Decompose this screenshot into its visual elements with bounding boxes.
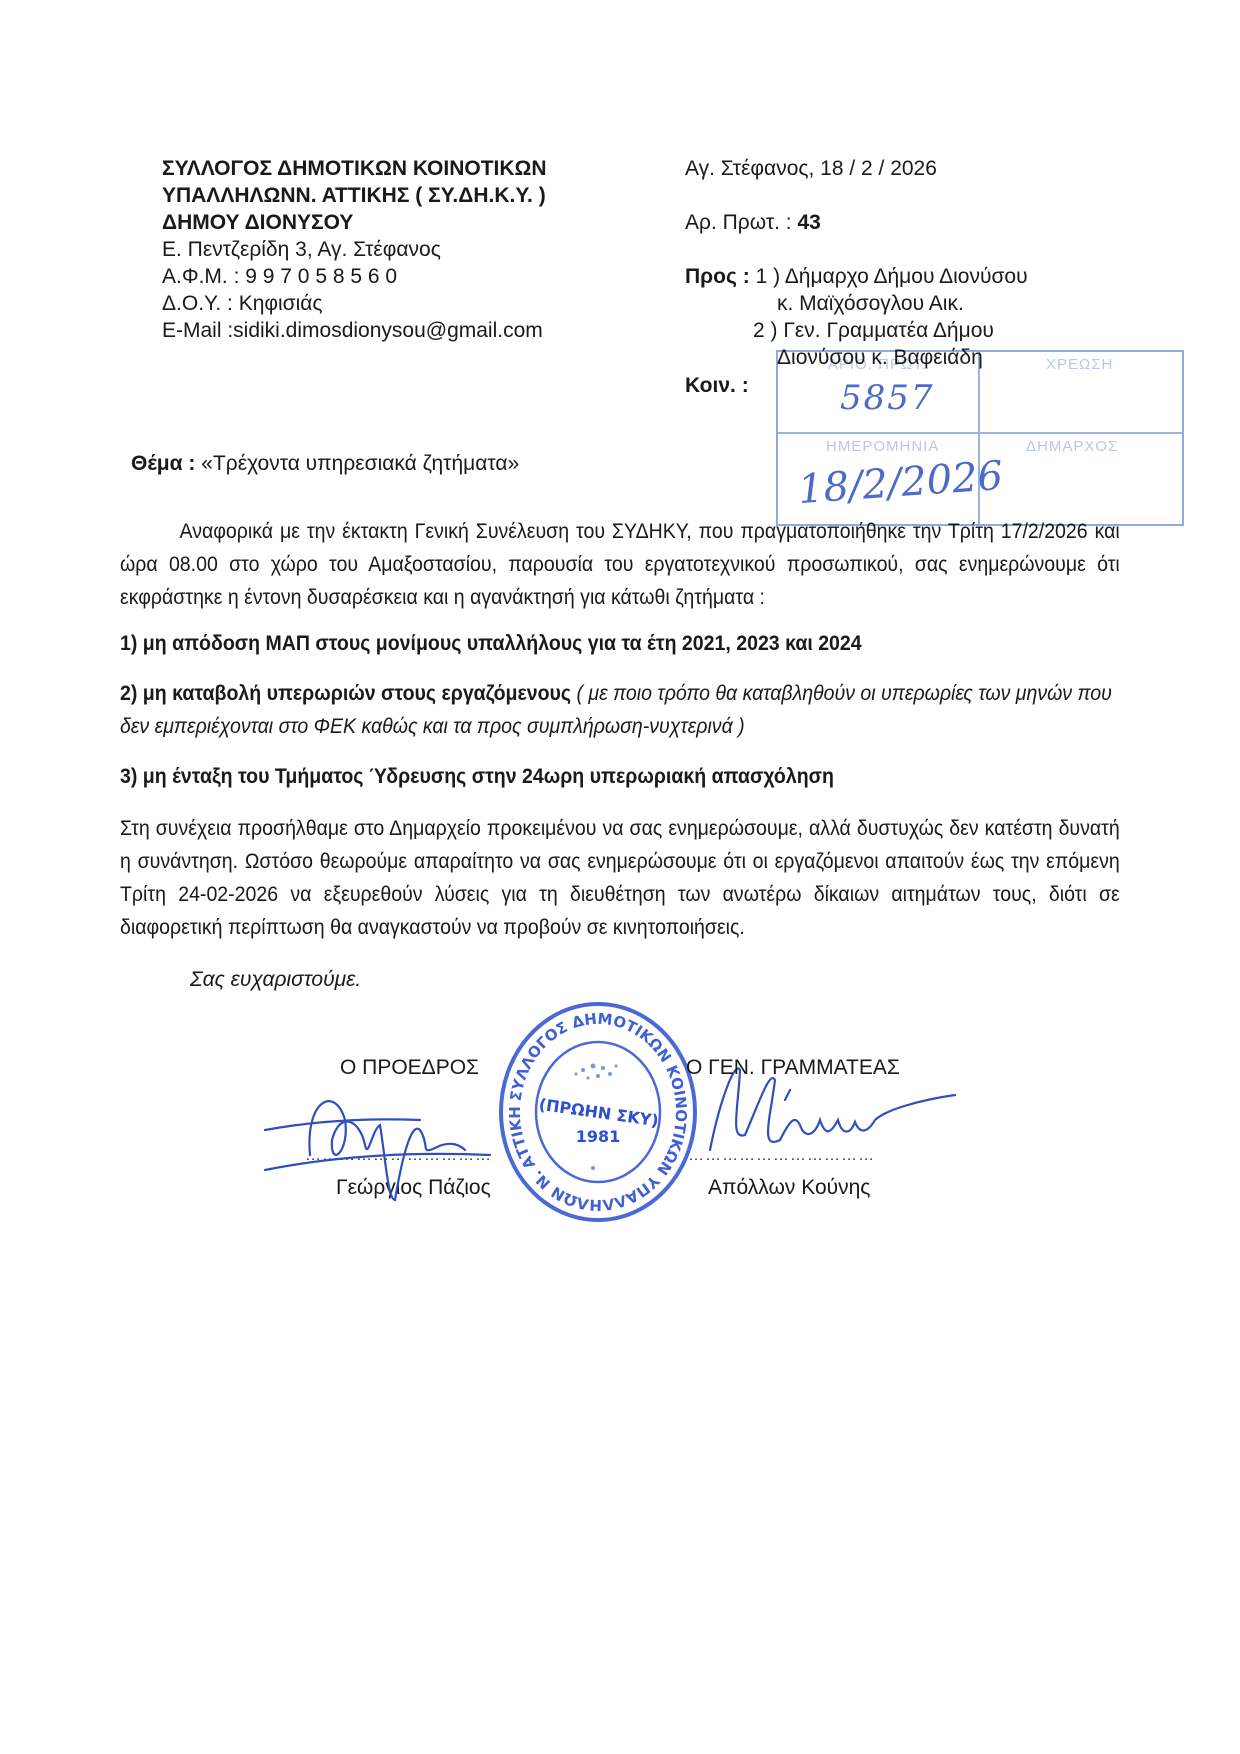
org-name-line1: ΣΥΛΛΟΓΟΣ ΔΗΜΟΤΙΚΩΝ ΚΟΙΝΟΤΙΚΩΝ	[162, 155, 547, 182]
protocol-label: Αρ. Πρωτ. :	[685, 211, 792, 234]
org-tax-id: Α.Φ.Μ. : 9 9 7 0 5 8 5 6 0	[162, 263, 547, 290]
issue-item-1-text: 1) μη απόδοση ΜΑΠ στους μονίμους υπαλλήλ…	[120, 632, 862, 655]
recipient-1-text: 1 ) Δήμαρχο Δήμου Διονύσου	[756, 265, 1028, 288]
protocol-value: 43	[797, 211, 820, 234]
issue-item-3-text: 3) μη ένταξη του Τμήματος Ύδρευσης στην …	[120, 765, 834, 788]
seal-inner-line2: 1981	[576, 1127, 621, 1146]
intro-paragraph: Αναφορικά με την έκτακτη Γενική Συνέλευσ…	[120, 515, 1120, 614]
org-address: Ε. Πεντζερίδη 3, Αγ. Στέφανος	[162, 236, 547, 263]
stamp-divider-horizontal	[778, 432, 1182, 434]
closing-paragraph: Στη συνέχεια προσήλθαμε στο Δημαρχείο πρ…	[120, 812, 1120, 944]
president-signature	[260, 1060, 500, 1210]
subject-text: «Τρέχοντα υπηρεσιακά ζητήματα»	[201, 452, 519, 475]
place-date: Αγ. Στέφανος, 18 / 2 / 2026	[685, 155, 937, 182]
org-tax-office: Δ.Ο.Υ. : Κηφισιάς	[162, 290, 547, 317]
stamp-label-date: ΗΜΕΡΟΜΗΝΙΑ	[826, 438, 939, 455]
sender-block: ΣΥΛΛΟΓΟΣ ΔΗΜΟΤΙΚΩΝ ΚΟΙΝΟΤΙΚΩΝ ΥΠΑΛΛΗΛΩΝΝ…	[162, 155, 547, 344]
protocol-number: Αρ. Πρωτ. : 43	[685, 209, 821, 236]
issue-item-3: 3) μη ένταξη του Τμήματος Ύδρευσης στην …	[120, 760, 1120, 793]
organization-seal: ΣΥΛΛΟΓΟΣ ΔΗΜΟΤΙΚΩΝ ΚΟΙΝΟΤΙΚΩΝ ΥΠΑΛΛΗΛΩΝ …	[498, 1000, 698, 1225]
org-name-line3: ΔΗΜΟΥ ΔΙΟΝΥΣΟΥ	[162, 209, 547, 236]
recipient-2-name: Διονύσου κ. Βαφειάδη	[777, 344, 983, 371]
thanks-line: Σας ευχαριστούμε.	[190, 968, 361, 992]
subject-line: Θέμα : «Τρέχοντα υπηρεσιακά ζητήματα»	[131, 452, 519, 476]
recipient-1-name: κ. Μαϊχόσογλου Αικ.	[777, 290, 964, 317]
secretary-title: Ο ΓΕΝ. ΓΡΑΜΜΑΤΕΑΣ	[686, 1056, 900, 1080]
subject-label: Θέμα :	[131, 452, 195, 475]
stamp-label-mayor: ΔΗΜΑΡΧΟΣ	[1026, 438, 1118, 455]
registry-stamp: ΑΡΙΘ. ΠΡΩΤ. ΧΡΕΩΣΗ ΗΜΕΡΟΜΗΝΙΑ ΔΗΜΑΡΧΟΣ 5…	[776, 350, 1184, 526]
stamp-handwritten-number: 5857	[840, 378, 935, 418]
to-label: Προς :	[685, 265, 750, 288]
issue-item-1: 1) μη απόδοση ΜΑΠ στους μονίμους υπαλλήλ…	[120, 627, 1120, 660]
stamp-handwritten-date: 18/2/2026	[797, 453, 1005, 513]
issue-item-2: 2) μη καταβολή υπερωριών στους εργαζόμεν…	[120, 677, 1120, 743]
org-email: E-Mail :sidiki.dimosdionysou@gmail.com	[162, 317, 547, 344]
recipient-1: Προς : 1 ) Δήμαρχο Δήμου Διονύσου	[685, 263, 1028, 290]
cc-label: Κοιν. :	[685, 372, 749, 399]
recipient-2: 2 ) Γεν. Γραμματέα Δήμου	[753, 317, 994, 344]
org-name-line2: ΥΠΑΛΛΗΛΩΝΝ. ΑΤΤΙΚΗΣ ( ΣΥ.ΔΗ.Κ.Υ. )	[162, 182, 547, 209]
issue-item-2-text: 2) μη καταβολή υπερωριών στους εργαζόμεν…	[120, 682, 571, 705]
seal-inner-line1: (ΠΡΩΗΝ ΣΚΥ)	[538, 1095, 660, 1131]
stamp-label-charge: ΧΡΕΩΣΗ	[1046, 356, 1113, 373]
